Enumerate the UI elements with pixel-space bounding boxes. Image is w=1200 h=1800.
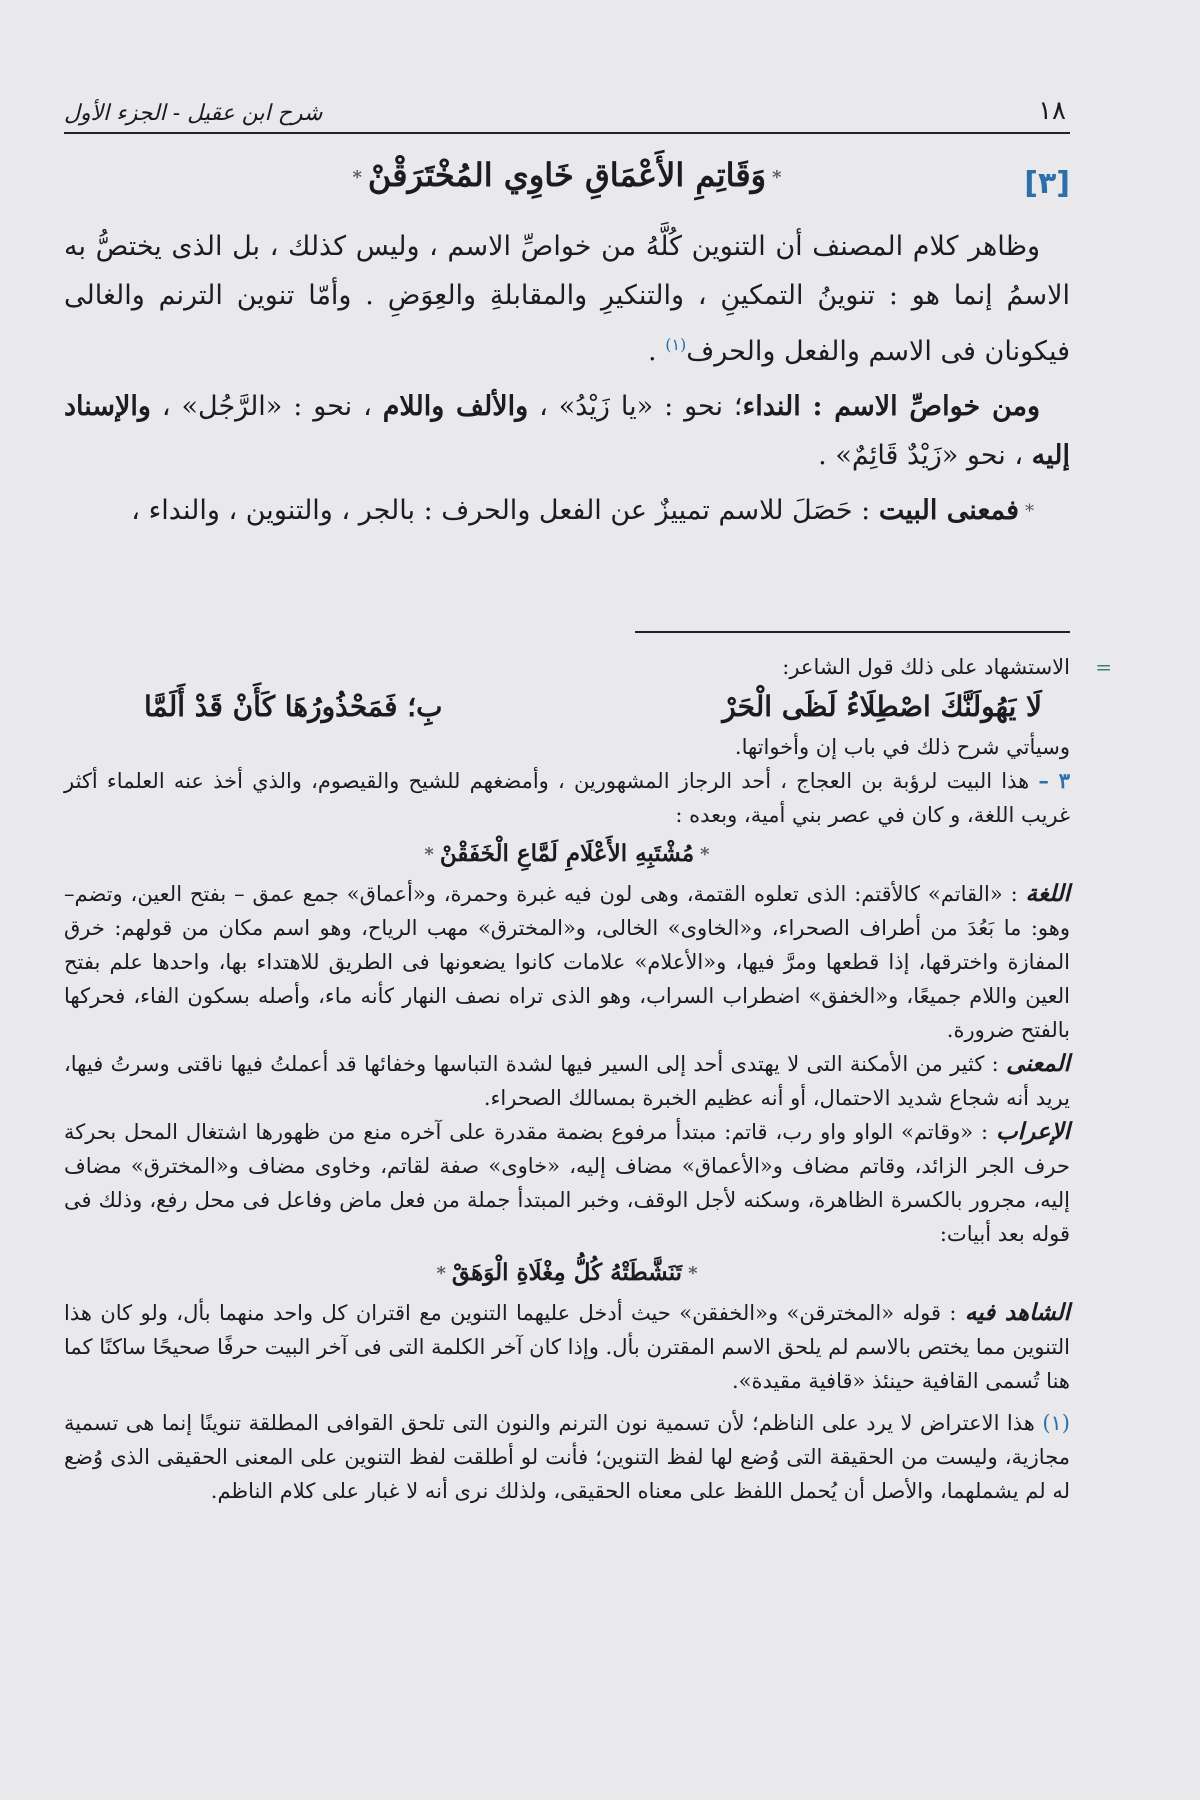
star-ornament-icon: * [436,1263,445,1284]
note-shahid: الشاهد فيه : قوله «المخترقن» و«الخفقن» ح… [64,1296,1070,1398]
book-title: شرح ابن عقيل - الجزء الأول [64,101,322,126]
verse-text: *وَقَاتِمِ الأَعْمَاقِ خَاوِي المُخْتَرَ… [64,156,1070,194]
label-lugha: اللغة [1026,880,1070,907]
star-ornament-icon: * [424,844,433,865]
star-ornament-icon: * [352,167,361,188]
main-verse: [٣] *وَقَاتِمِ الأَعْمَاقِ خَاوِي المُخْ… [64,156,1070,212]
label-irab: الإعراب [996,1118,1070,1145]
note-3: ٣ – هذا البيت لرؤبة بن العجاج ، أحد الرج… [64,764,1070,832]
book-page: ١٨ شرح ابن عقيل - الجزء الأول [٣] *وَقَا… [64,0,1070,1800]
note-number: ٣ – [1038,768,1070,793]
footnote-1: (١) هذا الاعتراض لا يرد على الناظم؛ لأن … [64,1406,1070,1508]
note-after-poem: وسيأتي شرح ذلك في باب إن وأخواتها. [64,730,1070,764]
note-intro: الاستشهاد على ذلك قول الشاعر: [64,650,1070,684]
footnote-number: (١) [1042,1411,1070,1435]
star-ornament-icon: * [700,844,709,865]
footnote-separator [635,631,1070,633]
note-maana: المعنى : كثير من الأمكنة التى لا يهتدى أ… [64,1047,1070,1115]
commentary-paragraph-2: ومن خواصِّ الاسم : النداء؛ نحو : «يا زَي… [64,382,1070,480]
commentary-body: وظاهر كلام المصنف أن التنوين كُلَّهُ من … [64,222,1070,536]
commentary-paragraph-3: *فمعنى البيت : حَصَلَ للاسم تمييزٌ عن ال… [64,486,1070,536]
label-maana: المعنى [1006,1050,1070,1077]
page-number: ١٨ [1038,96,1066,126]
half-verse-1: *مُشْتَبِهِ الأَعْلَامِ لَمَّاعِ الْخَفَ… [64,832,1070,877]
verse-line: وَقَاتِمِ الأَعْمَاقِ خَاوِي المُخْتَرَق… [368,156,766,194]
commentary-paragraph-1: وظاهر كلام المصنف أن التنوين كُلَّهُ من … [64,222,1070,376]
poem-verse: لَا يَهُولَنَّكَ اصْطِلَاءُ لَظَى الْحَر… [64,684,1070,730]
poem-second-hemistich: بِ؛ فَمَحْذُورُهَا كَأَنْ قَدْ أَلَمَّا [144,684,442,730]
poem-first-hemistich: لَا يَهُولَنَّكَ اصْطِلَاءُ لَظَى الْحَر… [722,684,1042,730]
footnotes-section: = الاستشهاد على ذلك قول الشاعر: لَا يَهُ… [64,650,1070,1508]
continuation-mark-icon: = [1095,650,1112,684]
footnote-reference-1[interactable]: (١) [665,335,686,354]
star-ornament-icon: * [1025,501,1034,522]
note-lugha: اللغة : «القاتم» كالأقتم: الذى تعلوه الق… [64,877,1070,1047]
half-verse-2: *تَنَشَّطَتْهُ كُلُّ مِغْلَاةِ الْوَهَقْ… [64,1251,1070,1296]
star-ornament-icon: * [772,167,781,188]
label-shahid: الشاهد فيه [965,1299,1070,1326]
star-ornament-icon: * [688,1263,697,1284]
running-header: ١٨ شرح ابن عقيل - الجزء الأول [64,86,1070,134]
note-irab: الإعراب : «وقاتم» الواو واو رب، قاتم: مب… [64,1115,1070,1251]
